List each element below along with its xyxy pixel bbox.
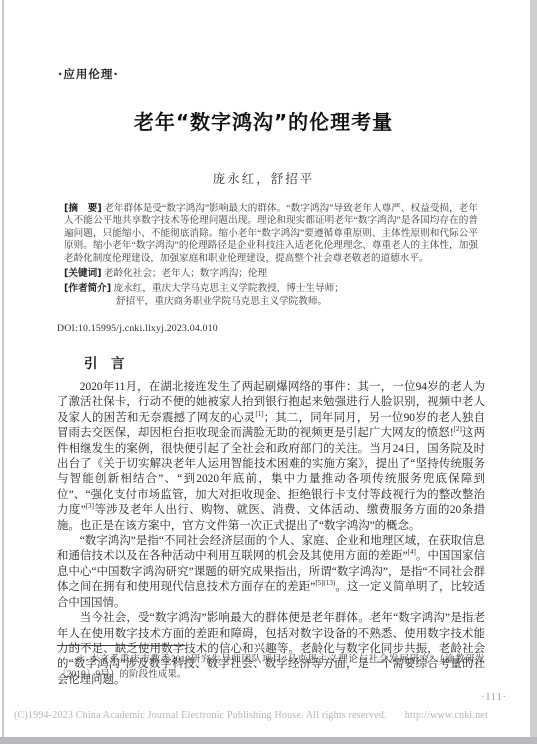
body-paragraph: 2020年11月，在湖北接连发生了两起刷爆网络的事件：其一，一位94岁的老人为了… — [57, 380, 485, 534]
author-bio-line2: 舒招平，重庆商务职业学院马克思主义学院教师。 — [64, 296, 478, 308]
footnote-marker: ＊ — [76, 654, 86, 665]
abstract-label: [摘 要] — [64, 203, 102, 214]
doi: DOI:10.15995/j.cnki.llxyj.2023.04.010 — [57, 323, 218, 334]
page-edge-bottom — [0, 737, 537, 744]
column-section-label: ·应用伦理· — [58, 66, 119, 82]
paper-authors: 庞永红，舒招平 — [0, 169, 527, 187]
paper-title: 老年“数字鸿沟”的伦理考量 — [0, 106, 527, 135]
body-paragraphs: 2020年11月，在湖北接连发生了两起刷爆网络的事件：其一，一位94岁的老人为了… — [57, 380, 485, 688]
body-paragraph: “数字鸿沟”是指“不同社会经济层面的个人、家庭、企业和地理区域，在获取信息和通信… — [57, 534, 485, 611]
keywords-text: 老龄化社会；老年人；数字鸿沟；伦理 — [104, 268, 267, 279]
abstract: [摘 要] 老年群体是受“数字鸿沟”影响最大的群体。“数字鸿沟”导致老年人尊严、… — [64, 203, 478, 265]
section-heading-introduction: 引 言 — [84, 352, 125, 372]
copyright-line: (C)1994-2023 China Academic Journal Elec… — [14, 710, 488, 721]
abstract-text: 老年群体是受“数字鸿沟”影响最大的群体。“数字鸿沟”导致老年人尊严、权益受损，老… — [64, 203, 478, 264]
author-bio-label: [作者简介] — [64, 283, 111, 294]
footnote-separator — [57, 645, 185, 646]
page-number: ·111· — [481, 692, 507, 703]
footnote: ＊ 本文系重庆市教委2019研究生导师团队项目“马克思主义理论与社会发展研究”（… — [57, 652, 485, 682]
keywords: [关键词] 老龄化社会；老年人；数字鸿沟；伦理 — [64, 268, 478, 280]
paper-meta-block: [摘 要] 老年群体是受“数字鸿沟”影响最大的群体。“数字鸿沟”导致老年人尊严、… — [64, 203, 478, 311]
footnote-text: 本文系重庆市教委2019研究生导师团队项目“马克思主义理论与社会发展研究”（渝教… — [57, 654, 485, 680]
footnote-area: ＊ 本文系重庆市教委2019研究生导师团队项目“马克思主义理论与社会发展研究”（… — [57, 645, 485, 682]
keywords-label: [关键词] — [64, 268, 102, 279]
pdf-page: ·应用伦理· 老年“数字鸿沟”的伦理考量 庞永红，舒招平 [摘 要] 老年群体是… — [0, 0, 537, 744]
cnki-url: http://www.cnki.net — [405, 710, 488, 721]
copyright-text: (C)1994-2023 China Academic Journal Elec… — [14, 710, 387, 721]
author-bio-line1: 庞永红，重庆大学马克思主义学院教授，博士生导师； — [114, 283, 344, 294]
author-bio: [作者简介] 庞永红，重庆大学马克思主义学院教授，博士生导师；舒招平，重庆商务职… — [64, 283, 478, 308]
page-edge-right — [530, 0, 537, 737]
page-edge-left — [2, 0, 4, 737]
